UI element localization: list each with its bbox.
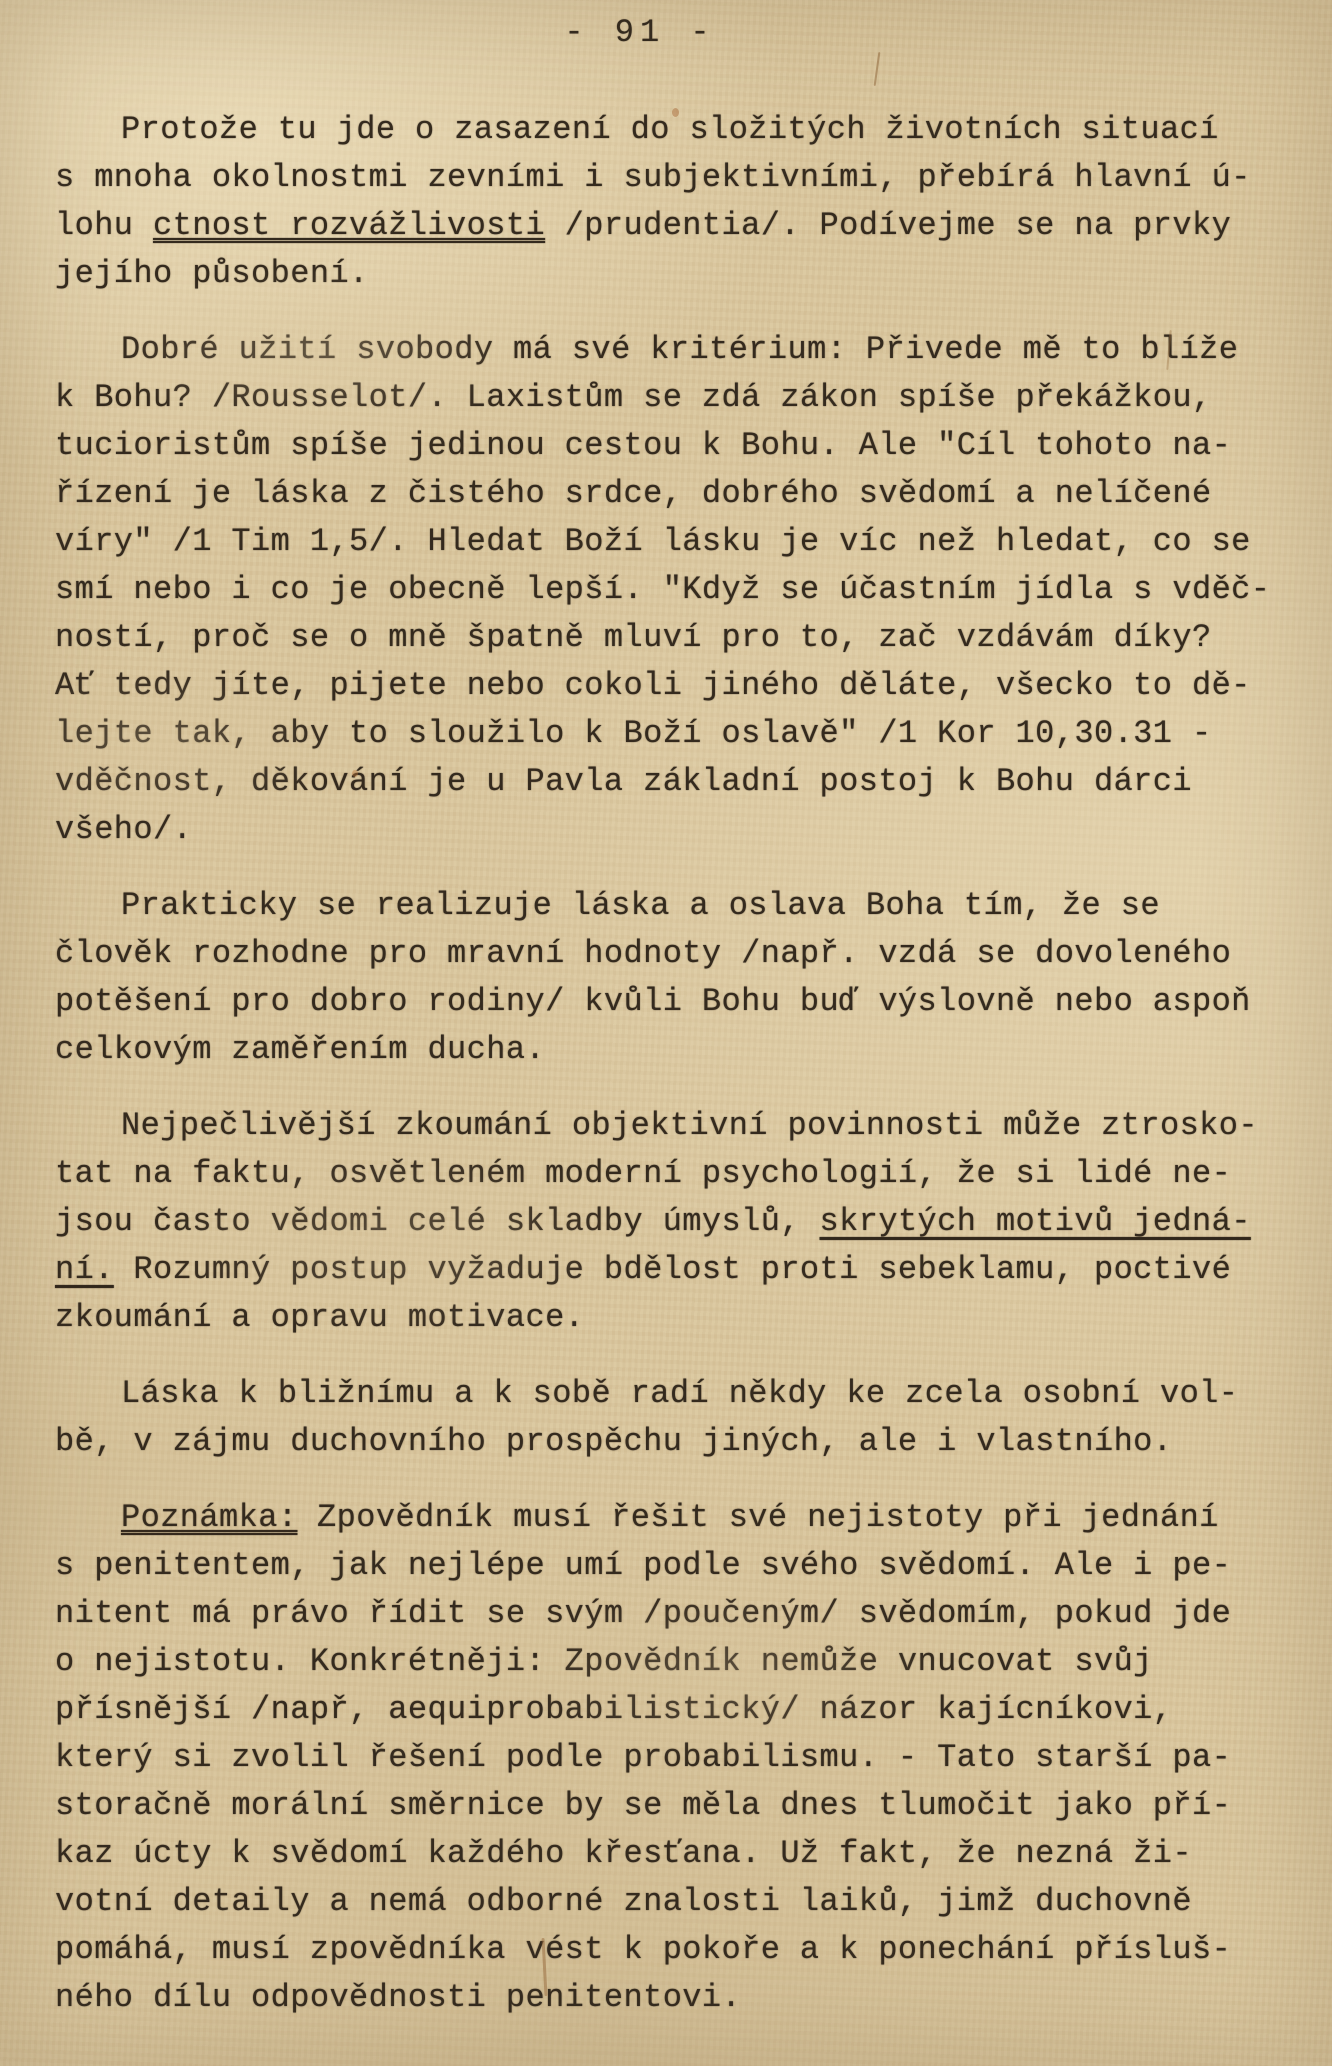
text-line: jejího působení. (55, 250, 1287, 298)
text-segment: Ať tedy jíte, pijete nebo cokoli jiného … (55, 667, 1251, 704)
text-line: víry" /1 Tim 1,5/. Hledat Boží lásku je … (55, 518, 1287, 566)
text-segment: řízení je láska z čistého srdce, dobrého… (55, 475, 1212, 512)
text-line: kaz úcty k svědomí každého křesťana. Už … (55, 1830, 1287, 1878)
text-line: který si zvolil řešení podle probabilism… (55, 1734, 1287, 1782)
text-segment: víry" /1 Tim 1,5/. Hledat Boží lásku je … (55, 523, 1251, 560)
text-segment: votní detaily a nemá odborné znalosti la… (55, 1883, 1192, 1920)
underlined-text: ní. (55, 1251, 114, 1288)
page-number: - 91 - (55, 14, 1225, 51)
text-line: Prakticky se realizuje láska a oslava Bo… (55, 882, 1287, 930)
text-line: Dobré užití svobody má své kritérium: Př… (55, 326, 1287, 374)
text-line: vděčnost, děkování je u Pavla základní p… (55, 758, 1287, 806)
text-segment: tat na faktu, osvětleném moderní psychol… (55, 1155, 1231, 1192)
text-line: Poznámka: Zpovědník musí řešit své nejis… (55, 1494, 1287, 1542)
text-line: k Bohu? /Rousselot/. Laxistům se zdá zák… (55, 374, 1287, 422)
text-line: celkovým zaměřením ducha. (55, 1026, 1287, 1074)
text-line: s mnoha okolnostmi zevními i subjektivní… (55, 154, 1287, 202)
text-segment: nitent má právo řídit se svým /poučeným/… (55, 1595, 1231, 1632)
document-body: Protože tu jde o zasazení do složitých ž… (55, 106, 1287, 2050)
text-segment: lohu (55, 207, 153, 244)
text-segment: všeho/. (55, 811, 192, 848)
text-line: tat na faktu, osvětleném moderní psychol… (55, 1150, 1287, 1198)
text-line: zkoumání a opravu motivace. (55, 1294, 1287, 1342)
paper-fiber (874, 52, 881, 86)
text-line: Nejpečlivější zkoumání objektivní povinn… (55, 1102, 1287, 1150)
text-line: Protože tu jde o zasazení do složitých ž… (55, 106, 1287, 154)
underlined-text: skrytých motivů jedná- (820, 1203, 1251, 1240)
text-segment: /prudentia/. Podívejme se na prvky (545, 207, 1231, 244)
text-line: nitent má právo řídit se svým /poučeným/… (55, 1590, 1287, 1638)
text-line: votní detaily a nemá odborné znalosti la… (55, 1878, 1287, 1926)
text-segment: k Bohu? /Rousselot/. Laxistům se zdá zák… (55, 379, 1212, 416)
text-line: jsou často vědomi celé skladby úmyslů, s… (55, 1198, 1287, 1246)
text-line: lohu ctnost rozvážlivosti /prudentia/. P… (55, 202, 1287, 250)
text-line: potěšení pro dobro rodiny/ kvůli Bohu bu… (55, 978, 1287, 1026)
underlined-text: Poznámka: (121, 1499, 297, 1536)
text-line: s penitentem, jak nejlépe umí podle svéh… (55, 1542, 1287, 1590)
text-line: všeho/. (55, 806, 1287, 854)
text-segment: zkoumání a opravu motivace. (55, 1299, 584, 1336)
text-line: ností, proč se o mně špatně mluví pro to… (55, 614, 1287, 662)
text-segment: přísnější /např, aequiprobabilistický/ n… (55, 1691, 1172, 1728)
text-segment: tucioristům spíše jedinou cestou k Bohu.… (55, 427, 1231, 464)
text-segment: smí nebo i co je obecně lepší. "Když se … (55, 571, 1270, 608)
text-segment: kaz úcty k svědomí každého křesťana. Už … (55, 1835, 1192, 1872)
text-segment: Láska k bližnímu a k sobě radí někdy ke … (121, 1375, 1238, 1412)
text-segment: storačně morální směrnice by se měla dne… (55, 1787, 1231, 1824)
text-line: storačně morální směrnice by se měla dne… (55, 1782, 1287, 1830)
text-line: přísnější /např, aequiprobabilistický/ n… (55, 1686, 1287, 1734)
text-line: smí nebo i co je obecně lepší. "Když se … (55, 566, 1287, 614)
text-segment: potěšení pro dobro rodiny/ kvůli Bohu bu… (55, 983, 1251, 1020)
text-line: člověk rozhodne pro mravní hodnoty /např… (55, 930, 1287, 978)
text-segment: který si zvolil řešení podle probabilism… (55, 1739, 1231, 1776)
underlined-text: ctnost rozvážlivosti (153, 207, 545, 244)
paragraph: Prakticky se realizuje láska a oslava Bo… (55, 882, 1287, 1074)
paragraph: Dobré užití svobody má své kritérium: Př… (55, 326, 1287, 854)
text-segment: Protože tu jde o zasazení do složitých ž… (121, 111, 1219, 148)
paragraph: Poznámka: Zpovědník musí řešit své nejis… (55, 1494, 1287, 2022)
text-segment: jsou často vědomi celé skladby úmyslů, (55, 1203, 820, 1240)
text-segment: celkovým zaměřením ducha. (55, 1031, 545, 1068)
text-segment: s penitentem, jak nejlépe umí podle svéh… (55, 1547, 1231, 1584)
text-segment: Prakticky se realizuje láska a oslava Bo… (121, 887, 1160, 924)
text-line: řízení je láska z čistého srdce, dobrého… (55, 470, 1287, 518)
text-segment: jejího působení. (55, 255, 369, 292)
text-segment: lejte tak, aby to sloužilo k Boží oslavě… (55, 715, 1212, 752)
text-line: lejte tak, aby to sloužilo k Boží oslavě… (55, 710, 1287, 758)
text-line: ní. Rozumný postup vyžaduje bdělost prot… (55, 1246, 1287, 1294)
text-segment: Rozumný postup vyžaduje bdělost proti se… (114, 1251, 1231, 1288)
paragraph: Protože tu jde o zasazení do složitých ž… (55, 106, 1287, 298)
scanned-typewritten-page: - 91 - Protože tu jde o zasazení do slož… (0, 0, 1332, 2066)
text-line: o nejistotu. Konkrétněji: Zpovědník nemů… (55, 1638, 1287, 1686)
text-segment: bě, v zájmu duchovního prospěchu jiných,… (55, 1423, 1172, 1460)
text-line: bě, v zájmu duchovního prospěchu jiných,… (55, 1418, 1287, 1466)
paragraph: Nejpečlivější zkoumání objektivní povinn… (55, 1102, 1287, 1342)
text-segment: Dobré užití svobody má své kritérium: Př… (121, 331, 1238, 368)
text-segment: pomáhá, musí zpovědníka vést k pokoře a … (55, 1931, 1231, 1968)
paragraph: Láska k bližnímu a k sobě radí někdy ke … (55, 1370, 1287, 1466)
text-line: ného dílu odpovědnosti penitentovi. (55, 1974, 1287, 2022)
text-segment: Zpovědník musí řešit své nejistoty při j… (297, 1499, 1218, 1536)
text-line: Láska k bližnímu a k sobě radí někdy ke … (55, 1370, 1287, 1418)
text-segment: ného dílu odpovědnosti penitentovi. (55, 1979, 741, 2016)
text-segment: o nejistotu. Konkrétněji: Zpovědník nemů… (55, 1643, 1153, 1680)
text-segment: vděčnost, děkování je u Pavla základní p… (55, 763, 1192, 800)
text-line: Ať tedy jíte, pijete nebo cokoli jiného … (55, 662, 1287, 710)
text-line: pomáhá, musí zpovědníka vést k pokoře a … (55, 1926, 1287, 1974)
text-segment: s mnoha okolnostmi zevními i subjektivní… (55, 159, 1251, 196)
text-segment: Nejpečlivější zkoumání objektivní povinn… (121, 1107, 1258, 1144)
text-line: tucioristům spíše jedinou cestou k Bohu.… (55, 422, 1287, 470)
text-segment: ností, proč se o mně špatně mluví pro to… (55, 619, 1212, 656)
text-segment: člověk rozhodne pro mravní hodnoty /např… (55, 935, 1231, 972)
